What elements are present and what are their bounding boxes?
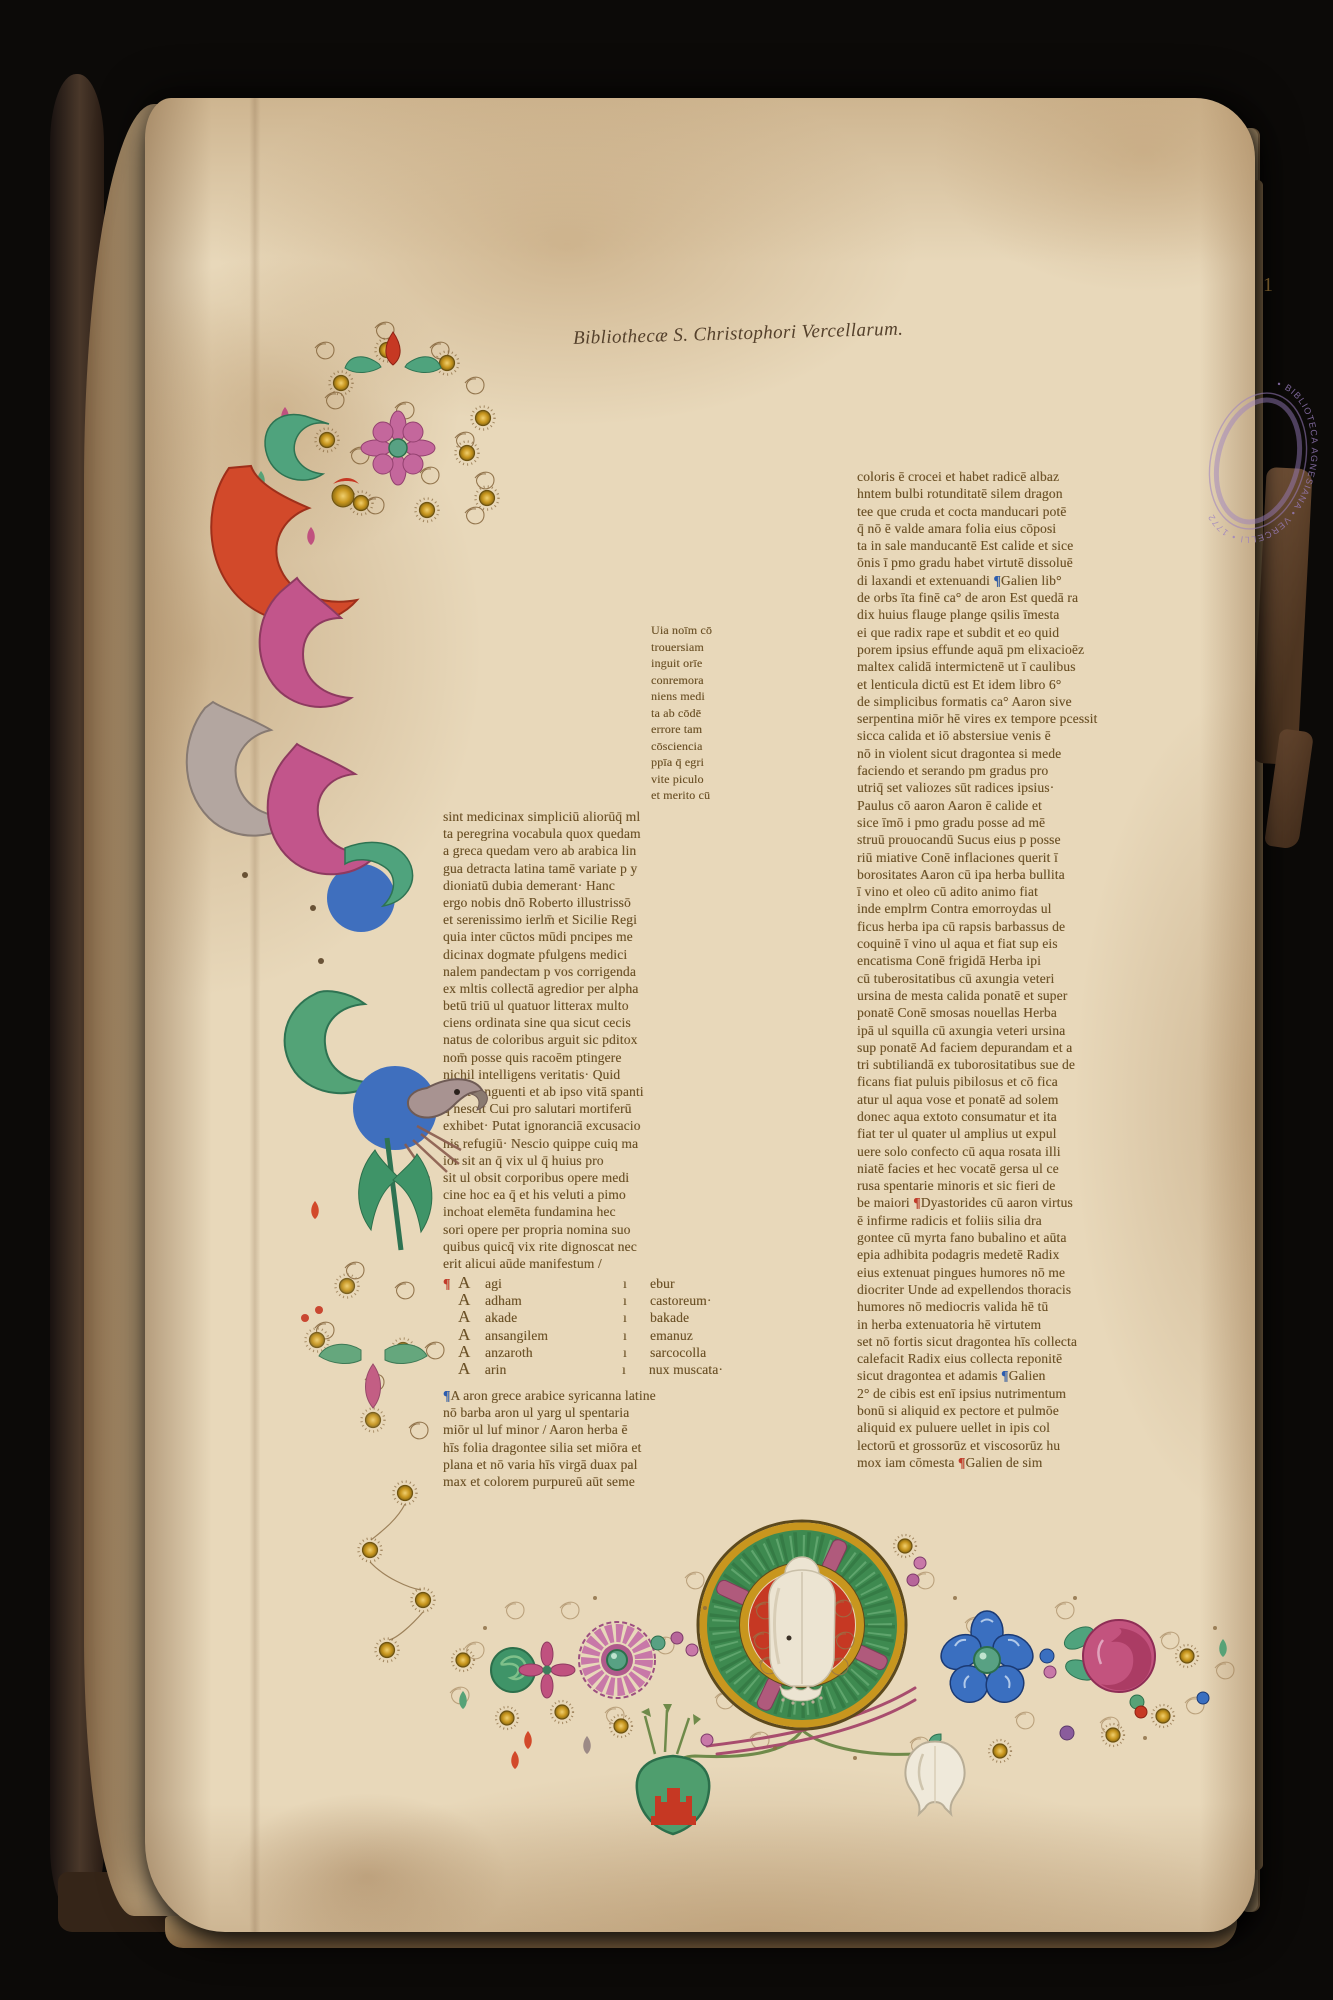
text-line: nō in violent sicut dragontea si mede (857, 745, 1255, 762)
text-line: ipā ul squilla cū axungia veteri ursina (857, 1022, 1255, 1039)
acanthus-chain (187, 415, 488, 1250)
list-id-est: ı (623, 1292, 650, 1309)
text-line: humores nō mediocris valida hē tū (857, 1298, 1255, 1315)
pink-berry (686, 1644, 698, 1656)
list-equivalent: castoreum· (650, 1292, 723, 1309)
column-right: coloris ē crocei et habet radicē albazhn… (857, 468, 1255, 1471)
text-line: epia adhibita podagris medetē Radix (857, 1246, 1255, 1263)
grey-drop (583, 1736, 591, 1754)
left-foliate-border (165, 288, 545, 1688)
text-line: hntem bulbi rotunditatē silem dragon (857, 485, 1255, 502)
text-line: riū miative Conē inflaciones querit ī (857, 849, 1255, 866)
purple-berry (1060, 1726, 1074, 1740)
bottom-foliate-border (355, 1488, 1275, 1868)
castle-bud (637, 1704, 713, 1834)
text-line: coloris ē crocei et habet radicē albaz (857, 468, 1255, 485)
text-line: tee que cruda et cocta manducari potē (857, 503, 1255, 520)
column-left-narrow: Uia noīm cōtrouersiaminguit orīeconremor… (651, 622, 721, 804)
pink-berry-castle (701, 1734, 713, 1746)
text-line: sice īmō i pmo gradu posse ad mē (857, 814, 1255, 831)
list-equivalent: emanuz (650, 1327, 723, 1344)
text-line: vite piculo (651, 771, 721, 788)
pink-rosette (361, 411, 435, 485)
dark-fleck (787, 1636, 792, 1641)
text-line: bonū si aliquid ex pectore et pulmōe (857, 1402, 1255, 1419)
text-line: serpentina miōr hē vires ex tempore pces… (857, 710, 1255, 727)
text-line: et merito cū (651, 787, 721, 804)
photo-backdrop: 1 Bibliothecæ S. Christophori Vercellaru… (0, 0, 1333, 2000)
text-line: ta ab cōdē (651, 705, 721, 722)
text-line: ei que radix rape et subdit et eo quid (857, 624, 1255, 641)
list-equivalent: bakade (650, 1309, 723, 1326)
text-line: ficus herba ipa cū rapsis barbassus de (857, 918, 1255, 935)
text-line: sup ponatē Ad faciem depurandam et a (857, 1039, 1255, 1056)
text-line: de orbs īta finē ca° de aron Est quedā r… (857, 589, 1255, 606)
text-line: set nō fortis sicut dragontea hīs collec… (857, 1333, 1255, 1350)
text-line: atur ul aqua vose et ponatē ad solem (857, 1091, 1255, 1108)
text-line: fiat ter ul quater ul amplius ut expul (857, 1125, 1255, 1142)
mauve-berry (671, 1632, 683, 1644)
list-id-est: ı (623, 1309, 650, 1326)
list-id-est: ı (623, 1344, 650, 1361)
manuscript-page: 1 Bibliothecæ S. Christophori Vercellaru… (145, 98, 1255, 1932)
vine-stem (387, 1138, 401, 1250)
eagle-eye (454, 1089, 460, 1095)
text-line: dix huius flauge plange qsilis īmesta (857, 606, 1255, 623)
green-leaf-crest (265, 415, 329, 481)
list-id-est: ı (622, 1361, 649, 1378)
text-line: diocriter Unde ad expellendos thoracis (857, 1281, 1255, 1298)
text-line: cōsciencia (651, 738, 721, 755)
list-equivalent: sarcocolla (650, 1344, 723, 1361)
text-line: ppīa q̄ egri (651, 754, 721, 771)
text-line: ōnis ī pmo gradu habet virtutē dissoluē (857, 554, 1255, 571)
text-line: et lenticula dictū est Et idem libro 6° (857, 676, 1255, 693)
text-line: mox iam cōmesta ¶Galien de sim (857, 1454, 1255, 1471)
white-turnip-bud (905, 1734, 964, 1814)
text-line: maltex calidā intermictenē ut ī caulibus (857, 658, 1255, 675)
red-drop (524, 1731, 532, 1749)
text-line: coquinē ī vino ul aqua et fiat sup eis (857, 935, 1255, 952)
text-line: q̄ nō ē valde amara folia eius cōposi (857, 520, 1255, 537)
text-line: encatisma Conē frigidā Herba ipi (857, 952, 1255, 969)
ownership-inscription: Bibliothecæ S. Christophori Vercellarum. (573, 316, 993, 350)
text-line: be maiori ¶Dyastorides cū aaron virtus (857, 1194, 1255, 1211)
text-line: struū prouocandū Sucus eius p posse (857, 831, 1255, 848)
text-line: ta in sale manducantē Est calide et sice (857, 537, 1255, 554)
pink-bud (307, 527, 315, 545)
text-line: ī vino et oleo cū adito animo fiat (857, 883, 1255, 900)
text-line: calefacit Radix eius collecta reponitē (857, 1350, 1255, 1367)
text-line: inde emplrm Contra emorroydas ul (857, 900, 1255, 917)
text-line: ursina de mesta calida ponatē et super (857, 987, 1255, 1004)
green-mustache-right (385, 1344, 427, 1363)
blue-bug-berry (1197, 1692, 1209, 1704)
text-line: lectorū et grossorūz et viscosorūz hu (857, 1437, 1255, 1454)
text-line: di laxandi et extenuandi ¶Galien lib° (857, 572, 1255, 589)
text-line: in herba extenuatoria hē virtutem (857, 1316, 1255, 1333)
text-line: Uia noīm cō (651, 622, 721, 639)
berry-stack (1130, 1695, 1147, 1718)
text-line: sicca calida et iō abstersiue venis ē (857, 727, 1255, 744)
text-line: conremora (651, 672, 721, 689)
red-bud-small (333, 478, 359, 484)
gold-cup (332, 485, 354, 507)
magenta-star-flower (519, 1642, 575, 1698)
eagle-beak (471, 1090, 487, 1110)
red-drop-hanging (511, 1751, 519, 1769)
text-line: porem ipsius effunde aquā pm elixacioēz (857, 641, 1255, 658)
text-line: errore tam (651, 721, 721, 738)
text-line: trouersiam (651, 639, 721, 656)
text-line: niens medi (651, 688, 721, 705)
teal-berry (651, 1636, 665, 1650)
text-line: tri subtiliandā ex tuborositatibus sue d… (857, 1056, 1255, 1073)
text-line: utriq̄ set valiozes sūt radices ipsius· (857, 779, 1255, 796)
text-line: 2° de cibis est enī ipsius nutrimentum (857, 1385, 1255, 1402)
list-id-est: ı (623, 1275, 650, 1292)
text-line: inguit orīe (651, 655, 721, 672)
text-line: aliquid ex puluere uellet in ipis col (857, 1419, 1255, 1436)
list-equivalent: ebur (650, 1275, 723, 1292)
green-mustache-left (319, 1344, 361, 1363)
pink-radish-bud (366, 1364, 381, 1408)
green-drop-right (1219, 1639, 1227, 1657)
text-line: ficans fiat puluis pibilosus et cō fica (857, 1073, 1255, 1090)
green-drop (459, 1691, 467, 1709)
text-line: gontee cū myrta fano bubalino et aūta (857, 1229, 1255, 1246)
text-line: rusa spentarie minoris et sic fieri de (857, 1177, 1255, 1194)
text-line: uere solo confecto cū aqua rosata illi (857, 1143, 1255, 1160)
list-equivalent: nux muscata· (649, 1361, 723, 1378)
blue-cornflower (935, 1611, 1039, 1709)
text-line: de simplicibus formatis ca° Aaron sive (857, 693, 1255, 710)
text-line: cū tuberositatibus cū axungia veteri (857, 970, 1255, 987)
folio-number: 1 (1263, 274, 1273, 297)
lower-penwork-cluster (301, 1262, 444, 1439)
red-bud (311, 1201, 319, 1219)
text-line: eius extenuat pingues humores nō me (857, 1264, 1255, 1281)
pink-berry-upper (914, 1557, 926, 1569)
text-line: sicut dragontea et adamis ¶Galien (857, 1367, 1255, 1384)
text-line: borositates Aaron cū ipa herba bullita (857, 866, 1255, 883)
text-line: niatē facies et hec vocatē gersa ul ce (857, 1160, 1255, 1177)
text-line: donec aqua extoto consumatur et ita (857, 1108, 1255, 1125)
red-tulip-bud (345, 332, 441, 373)
pink-daisy (579, 1622, 655, 1698)
pink-berry-mid (1044, 1666, 1056, 1678)
blue-berry (1040, 1649, 1054, 1663)
green-acanthus-large (285, 991, 377, 1093)
laurel-wreath-medallion (698, 1521, 906, 1729)
list-id-est: ı (623, 1327, 650, 1344)
text-line: ē infirme radicis et foliis silia dra (857, 1212, 1255, 1229)
mauve-berry-upper (907, 1574, 919, 1586)
text-line: ponatē Conē smosas nouellas Herba (857, 1004, 1255, 1021)
text-line: faciendo et serando pm gradus pro (857, 762, 1255, 779)
crimson-rose (1061, 1620, 1155, 1692)
text-line: Paulus cō aaron Aaron ē calide et (857, 797, 1255, 814)
